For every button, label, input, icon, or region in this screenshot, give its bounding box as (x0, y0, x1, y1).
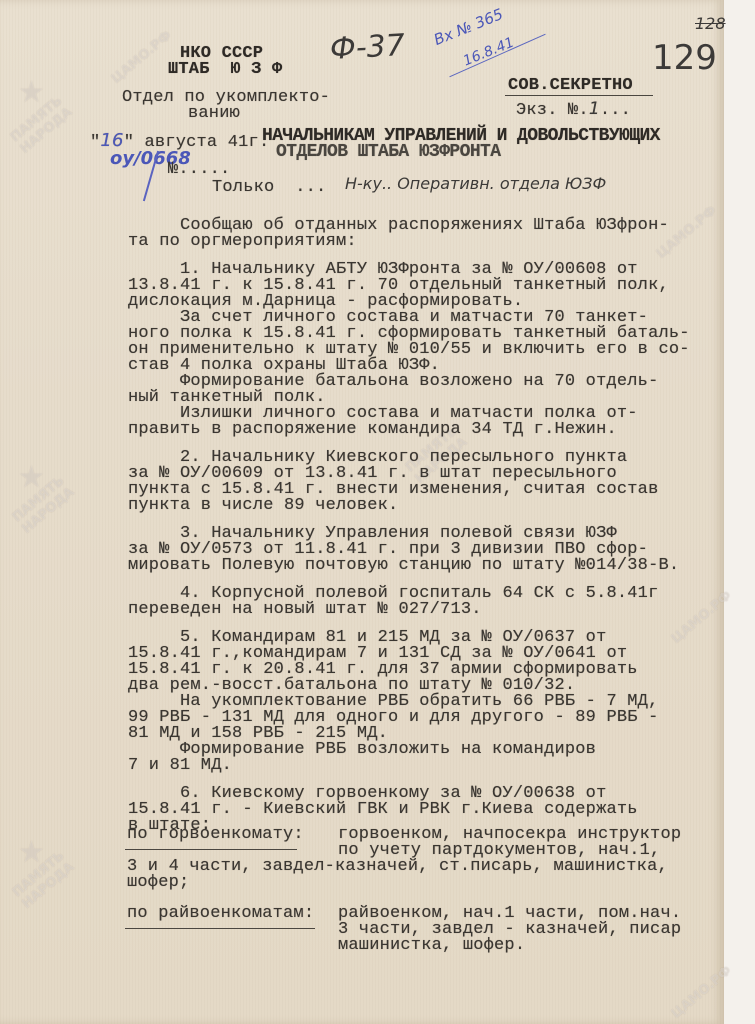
copy-label-text: Экз. №. (516, 101, 589, 120)
staff-city-line4: шофер; (127, 873, 189, 892)
body-line: 7 и 81 МД. (128, 756, 232, 775)
quote: " (90, 133, 100, 152)
only-label: Только ... (212, 178, 326, 197)
org-unit: ШТАБ Ю З Ф (168, 60, 282, 79)
reference-dots: №..... (168, 160, 230, 179)
classification-underline (505, 95, 653, 96)
copy-label: Экз. №.1... (516, 99, 631, 120)
body-line: править в распоряжение командира 34 ТД г… (128, 420, 617, 439)
old-page-number: 128 (695, 14, 726, 33)
staff-city-line3: 3 и 4 части, завдел-казначей, ст.писарь,… (127, 857, 668, 876)
body-line: та по оргмероприятиям: (128, 232, 357, 251)
body-line: переведен на новый штат № 027/713. (128, 600, 482, 619)
staff-label-city: по горвоенкомату: (127, 825, 304, 844)
page-number: 129 (652, 38, 717, 78)
staff-label-district: по райвоенкоматам: (127, 904, 314, 923)
classification-stamp: СОВ.СЕКРЕТНО (508, 76, 633, 95)
staff-label-city-underline (125, 849, 297, 850)
page-edge (724, 0, 755, 1024)
staff-label-district-underline (125, 928, 315, 929)
body-line: пункта в числе 89 человек. (128, 496, 398, 515)
only-handwritten-recipient: Н-ку.. Оперативн. отдела ЮЗФ (345, 174, 606, 193)
department-line2: ванию (188, 104, 240, 123)
addressee-line2: ОТДЕЛОВ ШТАБА ЮЗФРОНТА (276, 142, 500, 162)
staff-district-line3: машинистка, шофер. (338, 936, 525, 955)
copy-number: 1 (589, 99, 600, 119)
file-mark: Ф-37 (329, 28, 406, 67)
body-line: мировать Полевую почтовую станцию по шта… (128, 556, 679, 575)
